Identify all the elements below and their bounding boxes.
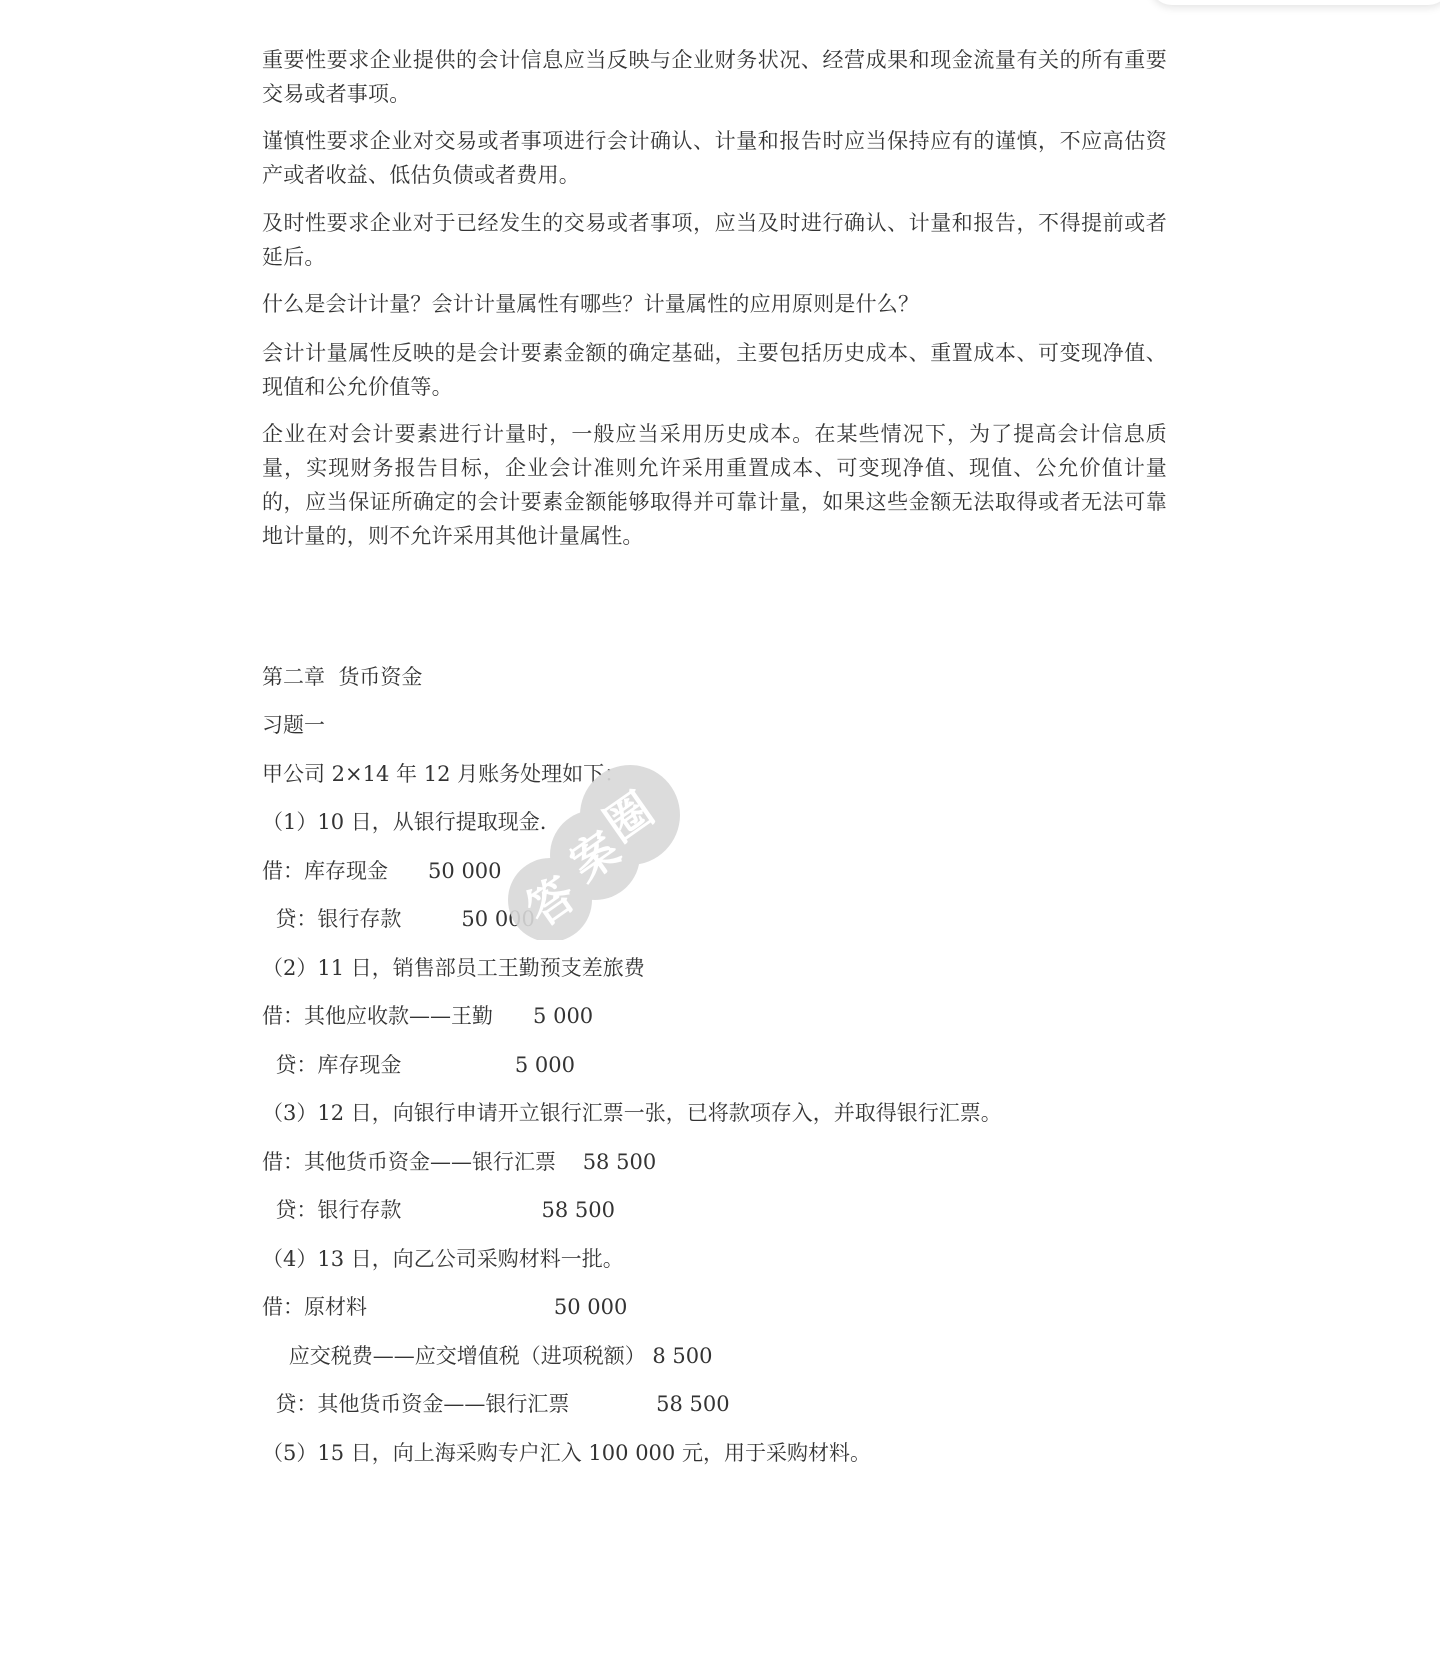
exercise-title: 习题一 [262,708,325,742]
entry-line: 应交税费——应交增值税（进项税额） 8 500 [262,1339,713,1373]
entry-line: 借：其他应收款——王勤 5 000 [262,999,593,1033]
question-measurement: 什么是会计计量？会计计量属性有哪些？计量属性的应用原则是什么？ [262,287,1167,321]
entry-line: 借：库存现金 50 000 [262,854,502,888]
entry-line: （2）11 日，销售部员工王勤预支差旅费 [262,951,645,985]
entry-line: （3）12 日，向银行申请开立银行汇票一张，已将款项存入，并取得银行汇票。 [262,1096,1002,1130]
paragraph-timeliness: 及时性要求企业对于已经发生的交易或者事项，应当及时进行确认、计量和报告，不得提前… [262,206,1167,274]
entry-line: 借：原材料 50 000 [262,1290,627,1324]
paragraph-materiality: 重要性要求企业提供的会计信息应当反映与企业财务状况、经营成果和现金流量有关的所有… [262,43,1167,111]
entry-line: （5）15 日，向上海采购专户汇入 100 000 元，用于采购材料。 [262,1436,871,1470]
top-floating-panel [1150,0,1440,5]
entry-line: 贷：其他货币资金——银行汇票 58 500 [262,1387,730,1421]
svg-text:案: 案 [560,821,629,892]
entry-line: 借：其他货币资金——银行汇票 58 500 [262,1145,656,1179]
entry-line: （4）13 日，向乙公司采购材料一批。 [262,1242,624,1276]
entry-line: （1）10 日，从银行提取现金. [262,805,546,839]
chapter-title: 第二章 货币资金 [262,660,422,694]
entry-line: 贷：银行存款 50 000 [262,902,535,936]
entry-line: 贷：库存现金 5 000 [262,1048,575,1082]
entry-line: 贷：银行存款 58 500 [262,1193,615,1227]
paragraph-prudence: 谨慎性要求企业对交易或者事项进行会计确认、计量和报告时应当保持应有的谨慎，不应高… [262,124,1167,192]
paragraph-measurement-attributes: 会计计量属性反映的是会计要素金额的确定基础，主要包括历史成本、重置成本、可变现净… [262,336,1167,404]
exercise-intro: 甲公司 2×14 年 12 月账务处理如下： [262,757,625,791]
paragraph-measurement-principle: 企业在对会计要素进行计量时，一般应当采用历史成本。在某些情况下，为了提高会计信息… [262,417,1167,553]
svg-text:圈: 圈 [595,782,664,853]
